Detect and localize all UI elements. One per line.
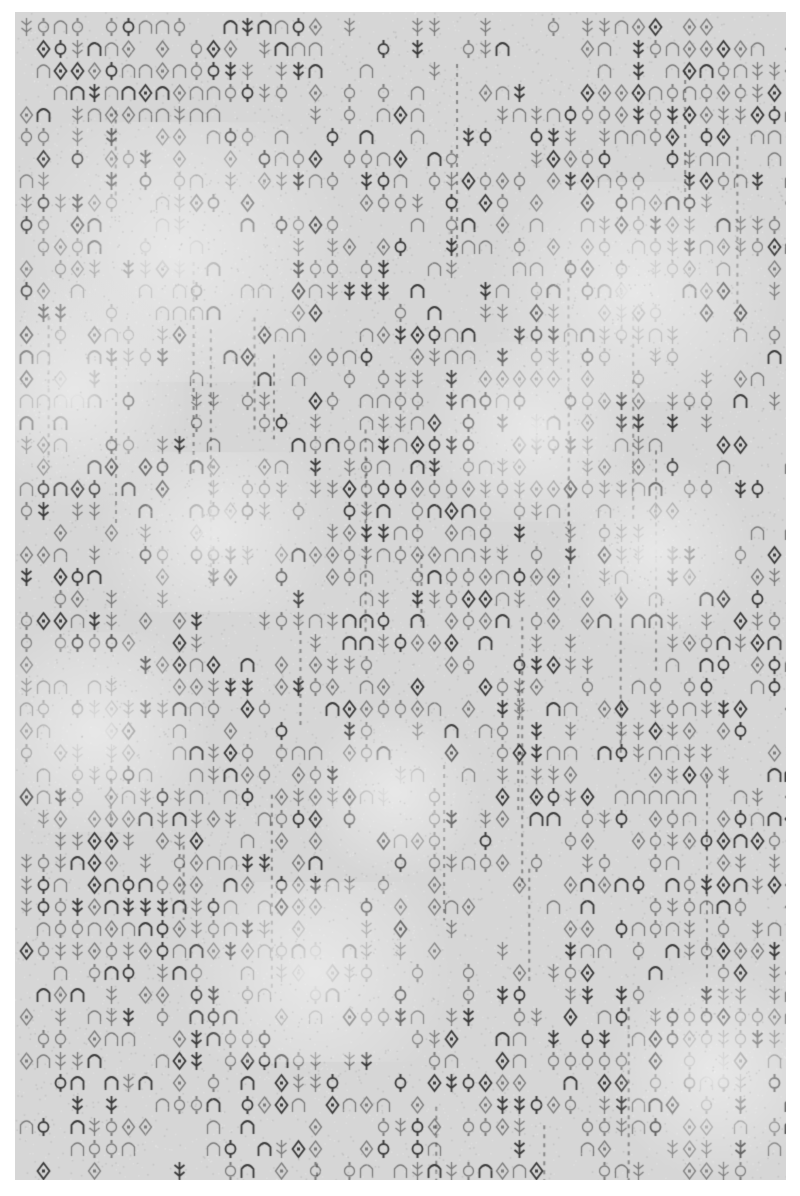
rug-pattern [15, 12, 786, 1180]
rug-image [15, 12, 786, 1180]
